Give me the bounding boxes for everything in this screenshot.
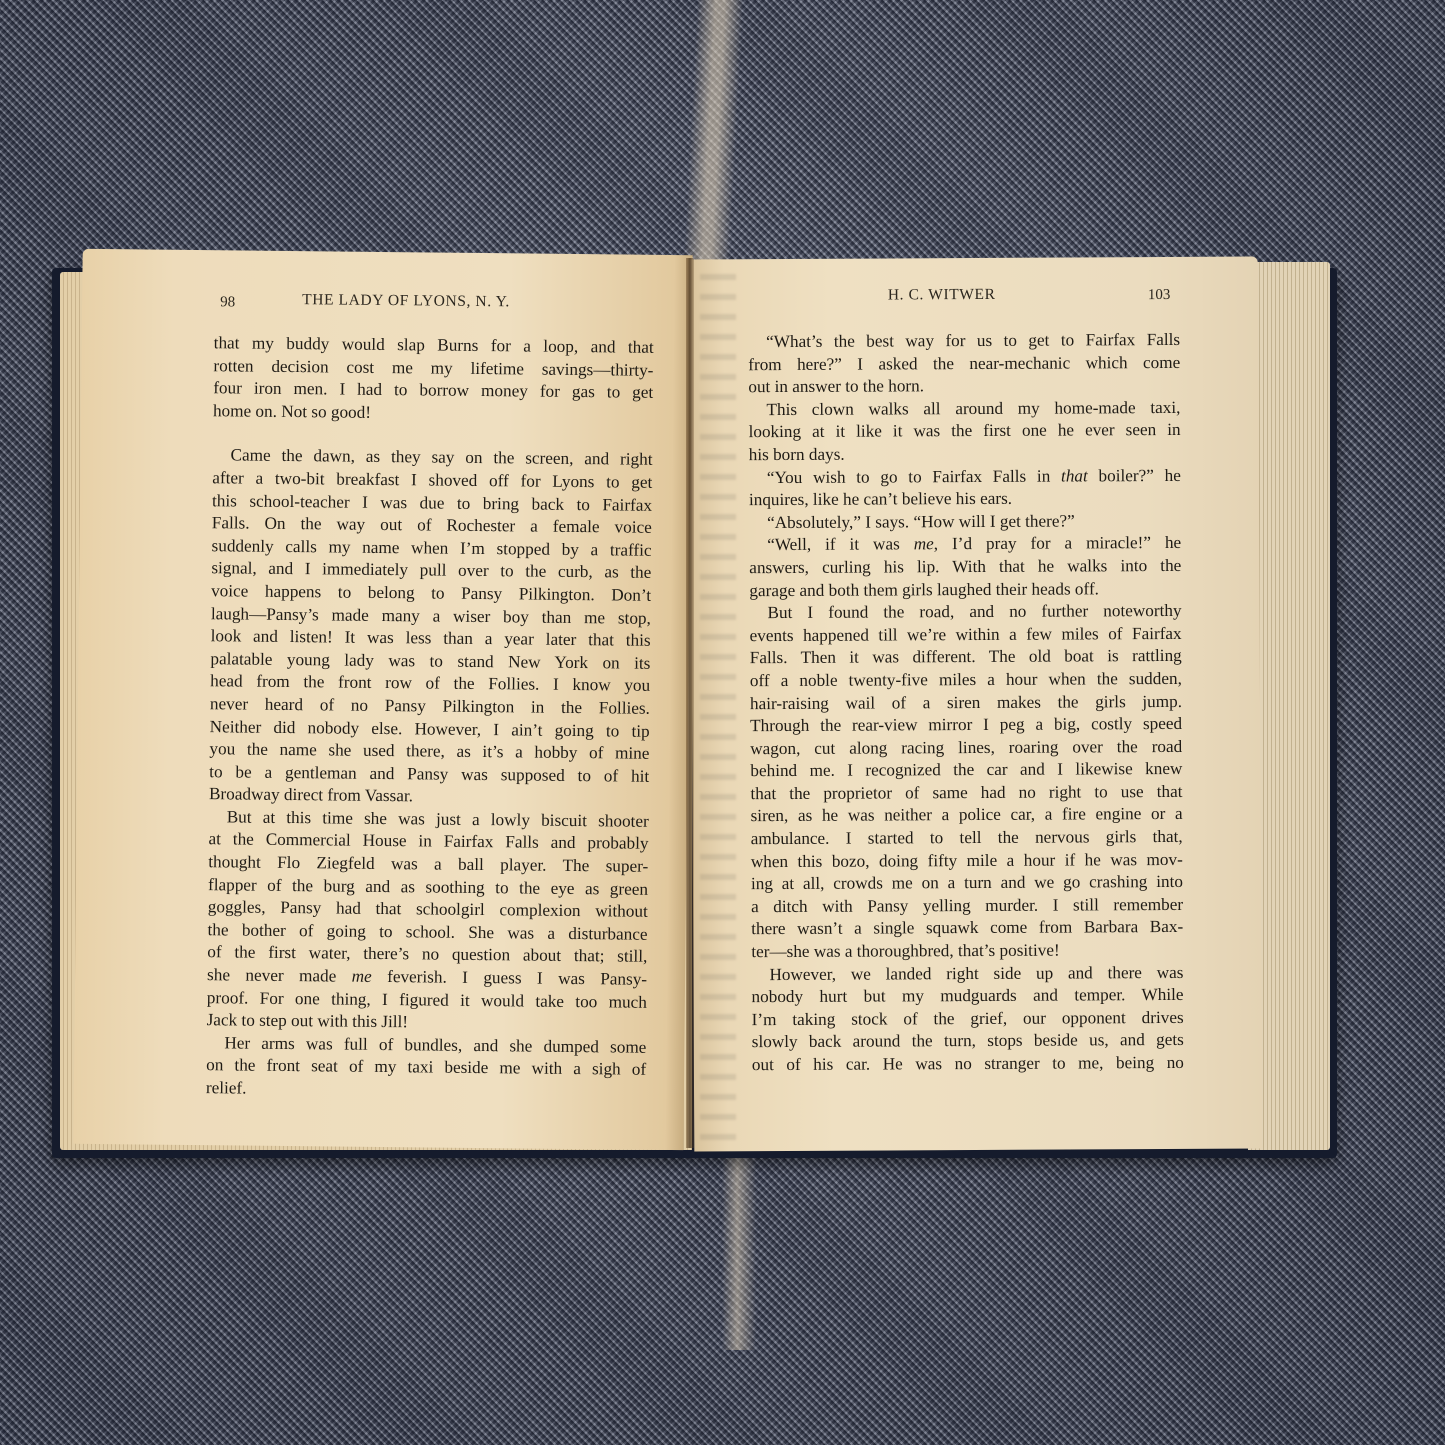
text-line: inquires, like he can’t believe his ears… bbox=[749, 487, 1181, 512]
light-glare-bottom bbox=[722, 1150, 756, 1350]
text-line: I’m taking stock of the grief, our oppon… bbox=[752, 1007, 1184, 1032]
right-running-head: H. C. WITWER bbox=[888, 286, 996, 305]
text-line: “Absolutely,” I says. “How will I get th… bbox=[749, 510, 1181, 535]
text-line: behind me. I recognized the car and I li… bbox=[750, 758, 1182, 783]
text-line: answers, curling his lip. With that he w… bbox=[749, 555, 1181, 580]
text-line: hair-raising wail of a siren makes the g… bbox=[750, 690, 1182, 715]
text-line: nobody hurt but my mudguards and temper.… bbox=[751, 984, 1183, 1009]
text-line: out in answer to the horn. bbox=[748, 374, 1180, 399]
text-line: relief. bbox=[206, 1077, 646, 1104]
light-glare bbox=[683, 0, 744, 280]
text-line: looking at it like it was the first one … bbox=[749, 419, 1181, 444]
text-line: wagon, cut along racing lines, roaring o… bbox=[750, 736, 1182, 761]
text-line: Falls. Then it was different. The old bo… bbox=[750, 645, 1182, 670]
book-gutter bbox=[686, 258, 694, 1148]
text-line: siren, as he was neither a police car, a… bbox=[751, 803, 1183, 828]
text-line: However, we landed right side up and the… bbox=[751, 962, 1183, 987]
text-line: on the front seat of my taxi beside me w… bbox=[206, 1055, 646, 1082]
text-line: that the proprietor of same had no right… bbox=[750, 781, 1182, 806]
text-line: This clown walks all around my home-made… bbox=[748, 397, 1180, 422]
right-page-text: “What’s the best way for us to get to Fa… bbox=[748, 329, 1184, 1077]
text-line: events happened till we’re within a few … bbox=[750, 623, 1182, 648]
gutter-show-through bbox=[700, 260, 736, 1150]
text-line: garage and both them girls laughed their… bbox=[749, 577, 1181, 602]
left-running-head: THE LADY OF LYONS, N. Y. bbox=[302, 291, 510, 311]
left-page-text: that my buddy would slap Burns for a loo… bbox=[206, 332, 654, 1104]
text-line: his born days. bbox=[749, 442, 1181, 467]
photo-scene: 98 THE LADY OF LYONS, N. Y. that my budd… bbox=[0, 0, 1445, 1445]
text-line: from here?” I asked the near-mechanic wh… bbox=[748, 352, 1180, 377]
text-line: slowly back around the turn, stops besid… bbox=[752, 1029, 1184, 1054]
right-page: H. C. WITWER 103 “What’s the best way fo… bbox=[690, 257, 1263, 1152]
text-line: a ditch with Pansy yelling murder. I sti… bbox=[751, 894, 1183, 919]
text-line: out of his car. He was no stranger to me… bbox=[752, 1052, 1184, 1077]
text-line: “Well, if it was me, I’d pray for a mira… bbox=[749, 532, 1181, 557]
text-line: Through the rear-view mirror I peg a big… bbox=[750, 713, 1182, 738]
text-line: ing at all, crowds me on a turn and we g… bbox=[751, 871, 1183, 896]
text-line: ambulance. I started to tell the nervous… bbox=[751, 826, 1183, 851]
text-line: “You wish to go to Fairfax Falls in that… bbox=[749, 464, 1181, 489]
left-page-number: 98 bbox=[220, 294, 235, 311]
right-page-number: 103 bbox=[1148, 287, 1171, 304]
text-line: But I found the road, and no further not… bbox=[749, 600, 1181, 625]
text-line: “What’s the best way for us to get to Fa… bbox=[748, 329, 1180, 354]
text-line: off a noble twenty-five miles a hour whe… bbox=[750, 668, 1182, 693]
left-page: 98 THE LADY OF LYONS, N. Y. that my budd… bbox=[73, 249, 692, 1150]
text-line: when this bozo, doing fifty mile a hour … bbox=[751, 849, 1183, 874]
text-line: ter—she was a thoroughbred, that’s posit… bbox=[751, 939, 1183, 964]
text-line: there wasn’t a single squawk come from B… bbox=[751, 916, 1183, 941]
